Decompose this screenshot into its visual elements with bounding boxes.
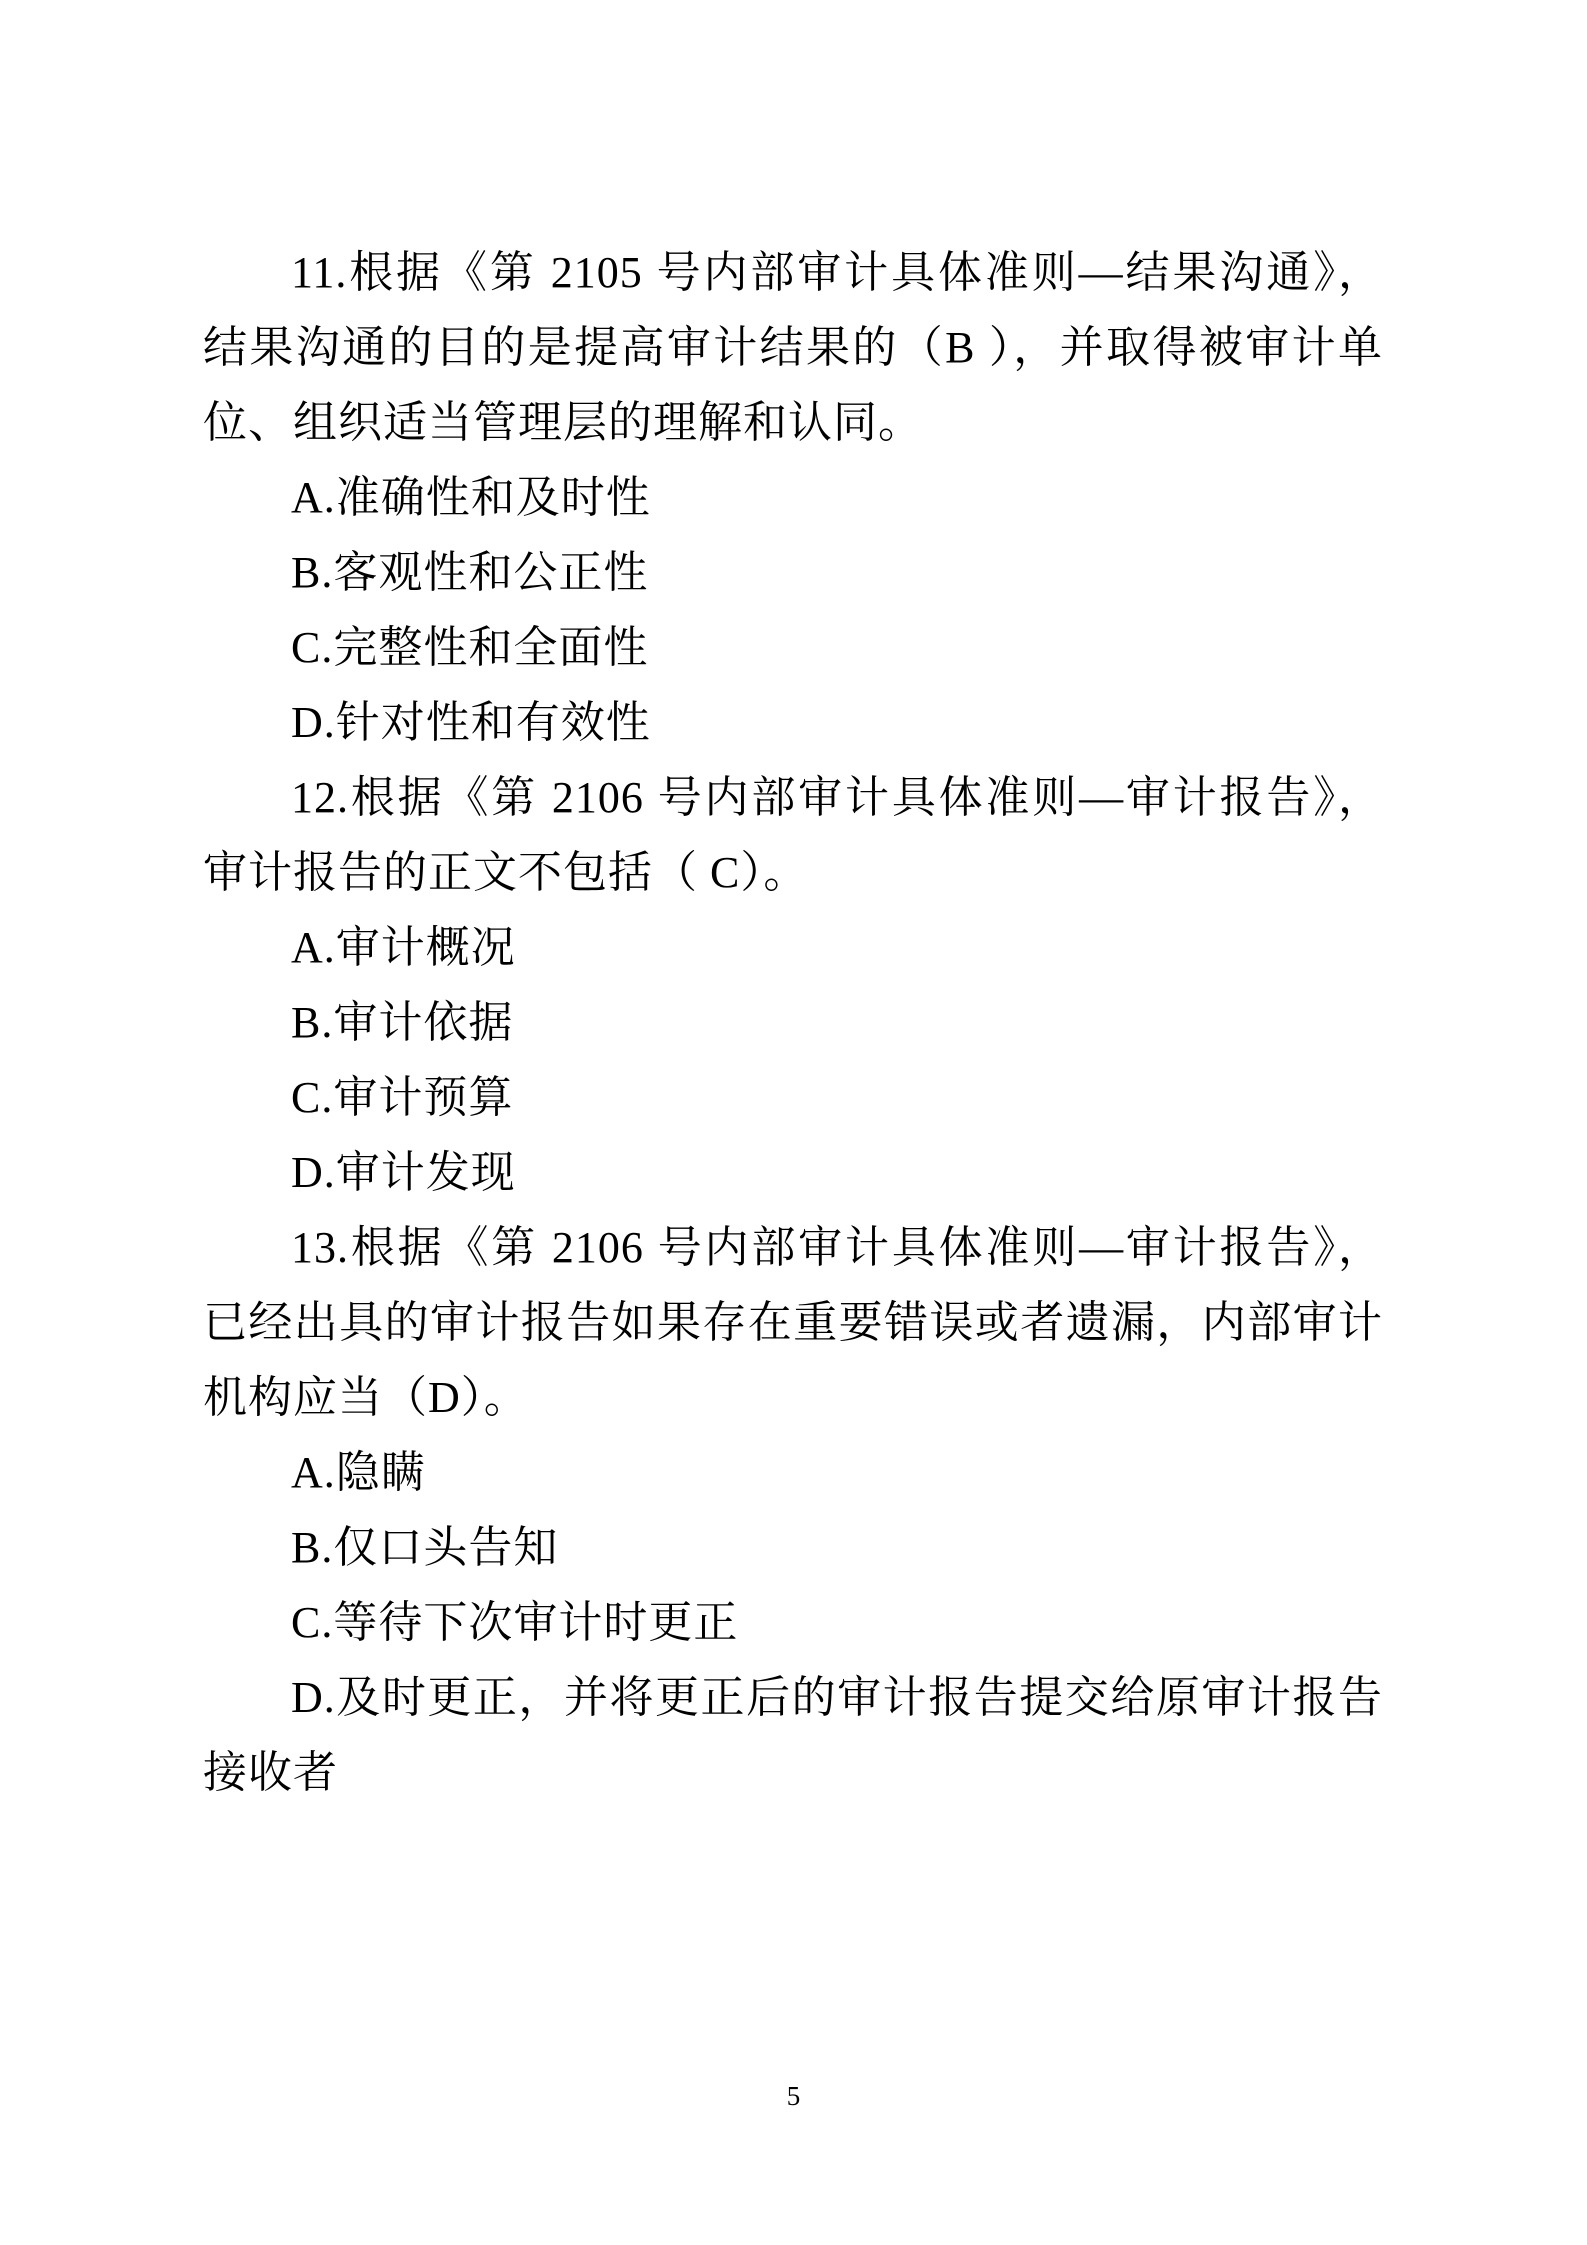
- question-13-option-b: B.仅口头告知: [203, 1510, 1383, 1585]
- question-11-option-b: B.客观性和公正性: [203, 535, 1383, 610]
- question-12-option-d: D.审计发现: [203, 1135, 1383, 1210]
- question-11-option-c: C.完整性和全面性: [203, 610, 1383, 685]
- page-number: 5: [0, 2078, 1587, 2114]
- document-page: 11.根据《第 2105 号内部审计具体准则—结果沟通》，结果沟通的目的是提高审…: [0, 0, 1587, 2245]
- exam-question-body: 11.根据《第 2105 号内部审计具体准则—结果沟通》，结果沟通的目的是提高审…: [203, 235, 1383, 1810]
- question-12-option-a: A.审计概况: [203, 910, 1383, 985]
- question-13-option-c: C.等待下次审计时更正: [203, 1585, 1383, 1660]
- question-11-option-a: A.准确性和及时性: [203, 460, 1383, 535]
- question-12-stem: 12.根据《第 2106 号内部审计具体准则—审计报告》，审计报告的正文不包括（…: [203, 760, 1383, 910]
- question-13-option-d: D.及时更正，并将更正后的审计报告提交给原审计报告接收者: [203, 1660, 1383, 1810]
- question-12-option-c: C.审计预算: [203, 1060, 1383, 1135]
- question-12-option-b: B.审计依据: [203, 985, 1383, 1060]
- question-11-option-d: D.针对性和有效性: [203, 685, 1383, 760]
- question-11-stem: 11.根据《第 2105 号内部审计具体准则—结果沟通》，结果沟通的目的是提高审…: [203, 235, 1383, 460]
- question-13-option-a: A.隐瞒: [203, 1435, 1383, 1510]
- question-13-stem: 13.根据《第 2106 号内部审计具体准则—审计报告》，已经出具的审计报告如果…: [203, 1210, 1383, 1435]
